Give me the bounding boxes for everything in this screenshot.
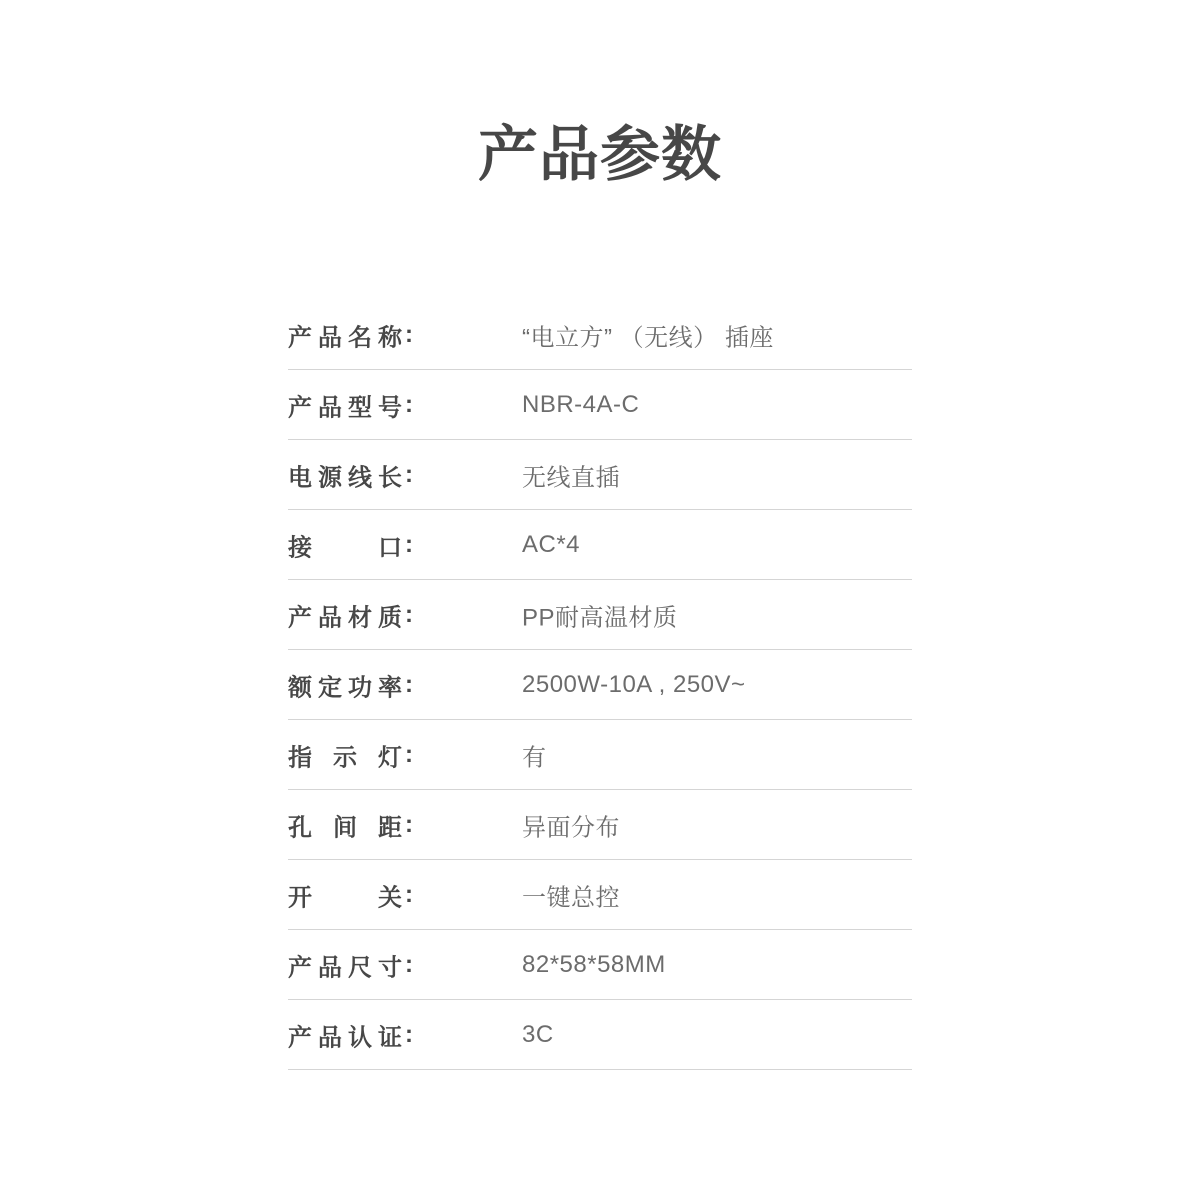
spec-label: 孔间距: [288, 807, 402, 842]
spec-colon: :: [405, 881, 413, 909]
spec-row-switch: 开关 : 一键总控: [288, 860, 912, 930]
spec-colon: :: [405, 951, 413, 979]
spec-label: 产品材质: [288, 597, 402, 632]
spec-value: PP耐高温材质: [522, 597, 678, 632]
page-title: 产品参数: [0, 124, 1200, 186]
spec-value: 一键总控: [522, 877, 620, 912]
spec-row-indicator-light: 指示灯 : 有: [288, 720, 912, 790]
spec-row-ports: 接口 : AC*4: [288, 510, 912, 580]
spec-table: 产品名称 : “电立方” （无线） 插座 产品型号 : NBR-4A-C 电源线…: [288, 300, 912, 1070]
spec-colon: :: [405, 741, 413, 769]
spec-value: NBR-4A-C: [522, 391, 639, 419]
product-spec-page: 产品参数 产品名称 : “电立方” （无线） 插座 产品型号 : NBR-4A-…: [0, 0, 1200, 1200]
spec-colon: :: [405, 671, 413, 699]
spec-label: 额定功率: [288, 667, 402, 702]
spec-label: 产品型号: [288, 387, 402, 422]
spec-value: “电立方” （无线） 插座: [522, 317, 774, 352]
spec-colon: :: [405, 461, 413, 489]
spec-colon: :: [405, 1021, 413, 1049]
spec-value: 异面分布: [522, 807, 620, 842]
spec-row-certification: 产品认证 : 3C: [288, 1000, 912, 1070]
spec-value: 3C: [522, 1021, 554, 1049]
spec-row-cord-length: 电源线长 : 无线直插: [288, 440, 912, 510]
spec-row-dimensions: 产品尺寸 : 82*58*58MM: [288, 930, 912, 1000]
spec-value: 无线直插: [522, 457, 620, 492]
spec-value: 82*58*58MM: [522, 951, 666, 979]
spec-colon: :: [405, 601, 413, 629]
spec-row-product-name: 产品名称 : “电立方” （无线） 插座: [288, 300, 912, 370]
spec-colon: :: [405, 321, 413, 349]
spec-value: 2500W-10A , 250V~: [522, 671, 746, 699]
spec-label: 开关: [288, 877, 402, 912]
spec-value: 有: [522, 737, 547, 772]
spec-colon: :: [405, 811, 413, 839]
spec-label: 产品尺寸: [288, 947, 402, 982]
spec-colon: :: [405, 531, 413, 559]
spec-label: 电源线长: [288, 457, 402, 492]
spec-label: 产品名称: [288, 317, 402, 352]
spec-label: 产品认证: [288, 1017, 402, 1052]
spec-colon: :: [405, 391, 413, 419]
spec-row-rated-power: 额定功率 : 2500W-10A , 250V~: [288, 650, 912, 720]
spec-value: AC*4: [522, 531, 580, 559]
spec-row-hole-spacing: 孔间距 : 异面分布: [288, 790, 912, 860]
spec-label: 接口: [288, 527, 402, 562]
spec-row-model: 产品型号 : NBR-4A-C: [288, 370, 912, 440]
spec-row-material: 产品材质 : PP耐高温材质: [288, 580, 912, 650]
spec-label: 指示灯: [288, 737, 402, 772]
